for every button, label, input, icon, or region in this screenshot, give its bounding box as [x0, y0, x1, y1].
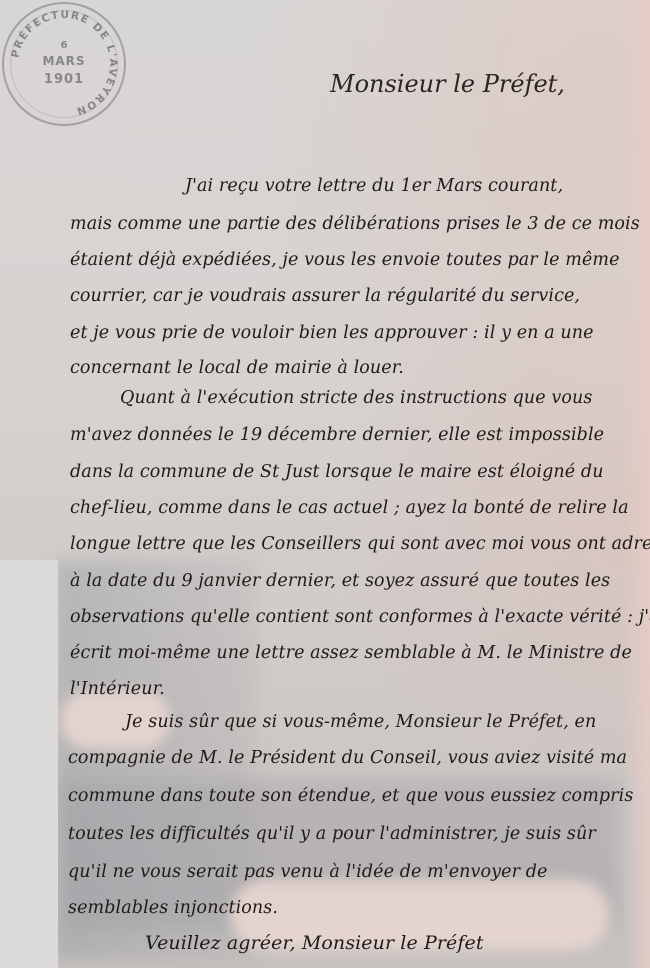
- letter-line: m'avez données le 19 décembre dernier, e…: [70, 425, 604, 445]
- closing-line: Veuillez agréer, Monsieur le Préfet: [145, 932, 484, 954]
- stamp-month: MARS: [4, 54, 124, 68]
- page-edge-right: [622, 0, 650, 968]
- letter-line: écrit moi-même une lettre assez semblabl…: [70, 643, 632, 663]
- letter-line: J'ai reçu votre lettre du 1er Mars coura…: [185, 176, 563, 196]
- letter-line: toutes les difficultés qu'il y a pour l'…: [68, 824, 596, 844]
- letter-line: longue lettre que les Conseillers qui so…: [70, 534, 650, 554]
- letter-line: qu'il ne vous serait pas venu à l'idée d…: [68, 862, 548, 882]
- stamp-year: 1901: [4, 72, 124, 87]
- letter-line: commune dans toute son étendue, et que v…: [68, 786, 633, 806]
- letter-line: concernant le local de mairie à louer.: [70, 358, 404, 378]
- letter-line: mais comme une partie des délibérations …: [70, 214, 640, 234]
- letter-line: Je suis sûr que si vous-même, Monsieur l…: [125, 712, 596, 732]
- page-edge-left: [0, 560, 58, 968]
- letter-line: Quant à l'exécution stricte des instruct…: [120, 388, 592, 408]
- stamp-day: 6: [4, 40, 124, 51]
- letter-line: compagnie de M. le Président du Conseil,…: [68, 748, 627, 768]
- letter-line: dans la commune de St Just lorsque le ma…: [70, 462, 604, 482]
- salutation: Monsieur le Préfet,: [330, 70, 565, 98]
- letter-line: observations qu'elle contient sont confo…: [70, 607, 650, 627]
- prefecture-stamp: PRÉFECTURE DE L'AVEYRON 6 MARS 1901: [2, 2, 126, 126]
- letter-line: chef-lieu, comme dans le cas actuel ; ay…: [70, 498, 629, 518]
- letter-line: et je vous prie de vouloir bien les appr…: [70, 323, 594, 343]
- letter-page: PRÉFECTURE DE L'AVEYRON 6 MARS 1901 Mons…: [0, 0, 650, 968]
- letter-line: semblables injonctions.: [68, 898, 278, 918]
- letter-line: courrier, car je voudrais assurer la rég…: [70, 286, 580, 306]
- letter-line: à la date du 9 janvier dernier, et soyez…: [70, 571, 610, 591]
- letter-line: l'Intérieur.: [70, 679, 165, 699]
- letter-line: étaient déjà expédiées, je vous les envo…: [70, 250, 620, 270]
